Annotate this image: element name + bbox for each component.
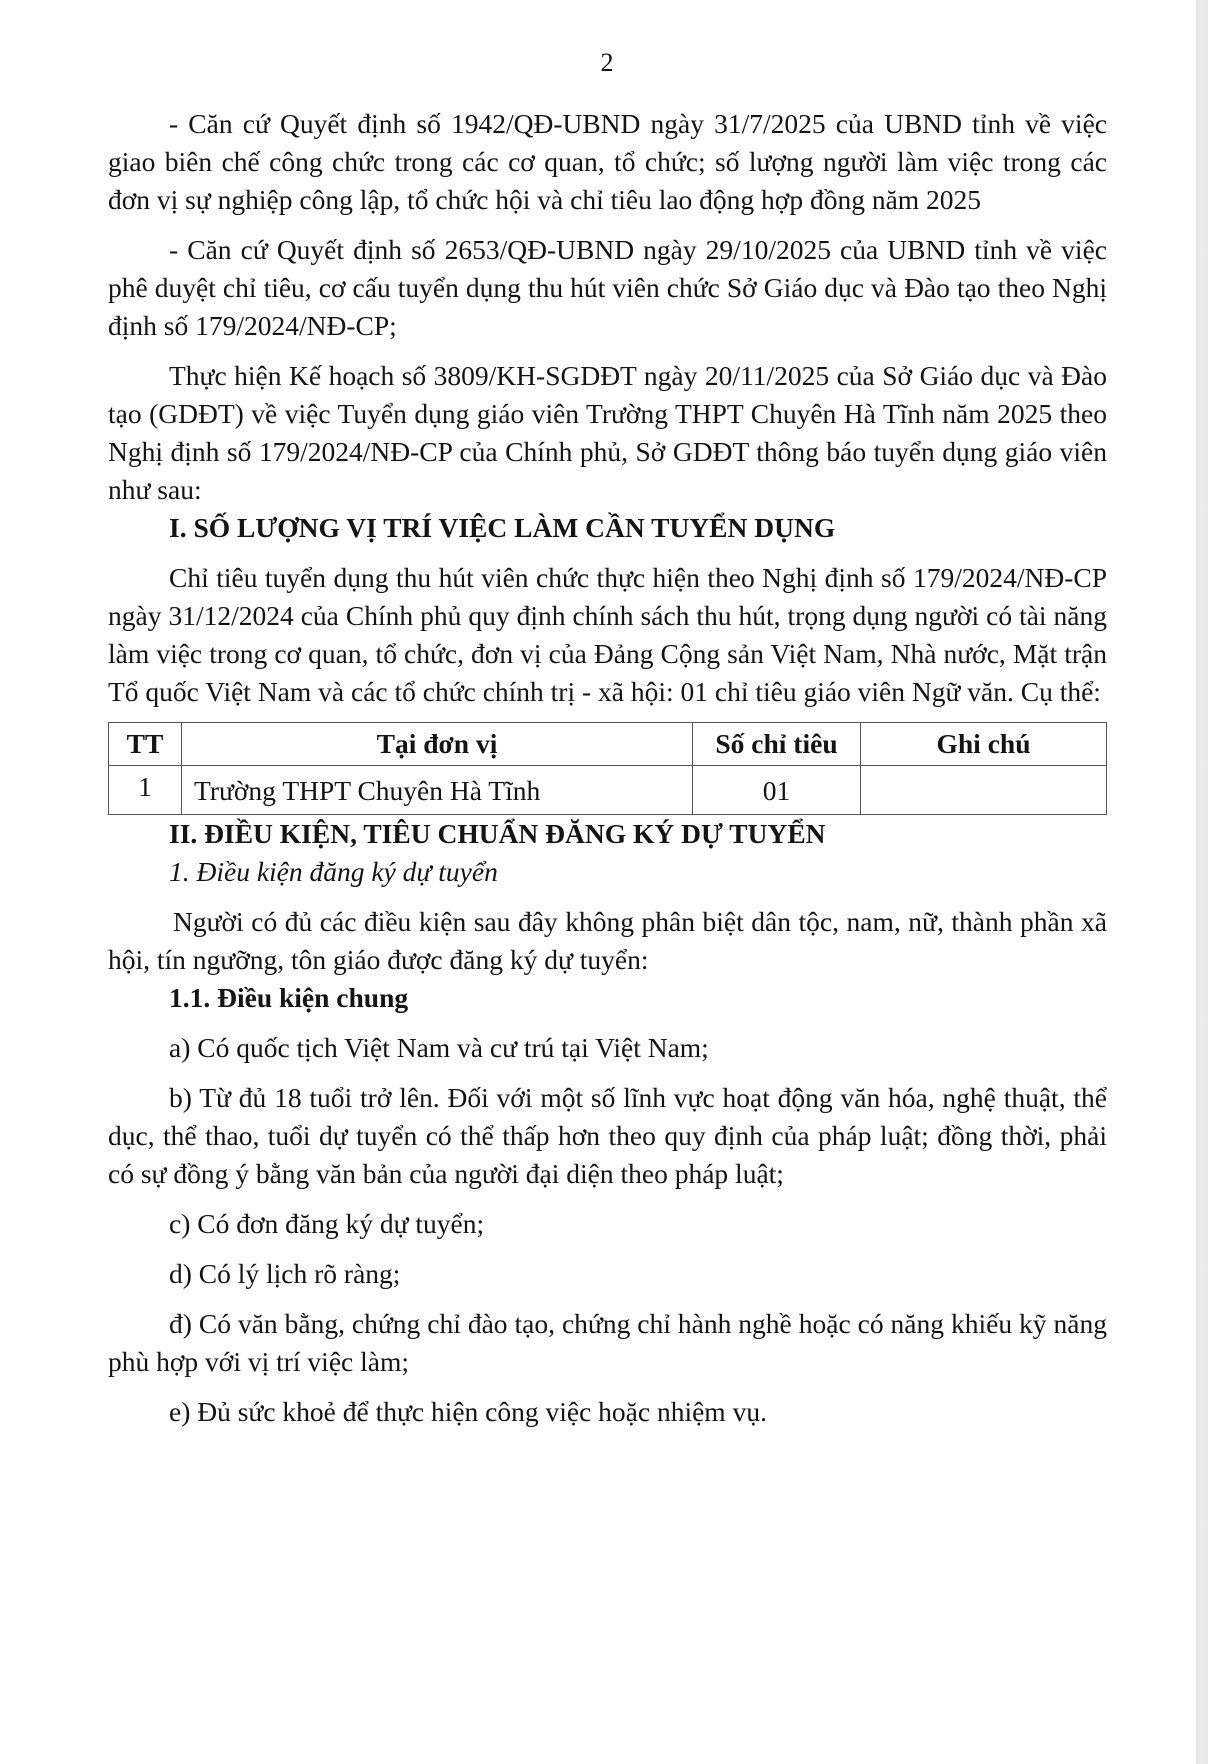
cell-unit: Trường THPT Chuyên Hà Tĩnh [182, 766, 693, 815]
eligibility-intro: Người có đủ các điều kiện sau đây không … [108, 903, 1107, 979]
column-header-tt: TT [109, 723, 182, 766]
document-page: 2 - Căn cứ Quyết định số 1942/QĐ-UBND ng… [0, 0, 1196, 1764]
condition-item-d: d) Có lý lịch rõ ràng; [108, 1255, 1107, 1293]
section-1-paragraph: Chỉ tiêu tuyển dụng thu hút viên chức th… [108, 559, 1107, 711]
condition-item-c: c) Có đơn đăng ký dự tuyển; [108, 1205, 1107, 1243]
page-edge-scrollbar [1196, 0, 1208, 1764]
cell-note [861, 766, 1107, 815]
cell-quota: 01 [693, 766, 861, 815]
column-header-quota: Số chỉ tiêu [693, 723, 861, 766]
condition-item-b: b) Từ đủ 18 tuổi trở lên. Đối với một số… [108, 1079, 1107, 1193]
column-header-note: Ghi chú [861, 723, 1107, 766]
paragraph-plan-3809: Thực hiện Kế hoạch số 3809/KH-SGDĐT ngày… [108, 357, 1107, 509]
paragraph-decision-1942: - Căn cứ Quyết định số 1942/QĐ-UBND ngày… [108, 105, 1107, 219]
subsection-1-heading: 1. Điều kiện đăng ký dự tuyển [108, 853, 1107, 891]
section-1-heading: I. SỐ LƯỢNG VỊ TRÍ VIỆC LÀM CẦN TUYỂN DỤ… [108, 509, 1107, 547]
table-header-row: TT Tại đơn vị Số chỉ tiêu Ghi chú [109, 723, 1107, 766]
condition-item-dd: đ) Có văn bằng, chứng chỉ đào tạo, chứng… [108, 1305, 1107, 1381]
subsection-1-1-heading: 1.1. Điều kiện chung [108, 979, 1107, 1017]
section-2-heading: II. ĐIỀU KIỆN, TIÊU CHUẨN ĐĂNG KÝ DỰ TUY… [108, 815, 1107, 853]
page-number: 2 [0, 45, 1208, 81]
cell-tt: 1 [109, 766, 182, 815]
condition-item-a: a) Có quốc tịch Việt Nam và cư trú tại V… [108, 1029, 1107, 1067]
column-header-unit: Tại đơn vị [182, 723, 693, 766]
table-row: 1 Trường THPT Chuyên Hà Tĩnh 01 [109, 766, 1107, 815]
document-body: - Căn cứ Quyết định số 1942/QĐ-UBND ngày… [108, 105, 1107, 1431]
condition-item-e: e) Đủ sức khoẻ để thực hiện công việc ho… [108, 1393, 1107, 1431]
paragraph-decision-2653: - Căn cứ Quyết định số 2653/QĐ-UBND ngày… [108, 231, 1107, 345]
quota-table: TT Tại đơn vị Số chỉ tiêu Ghi chú 1 Trườ… [108, 722, 1107, 815]
